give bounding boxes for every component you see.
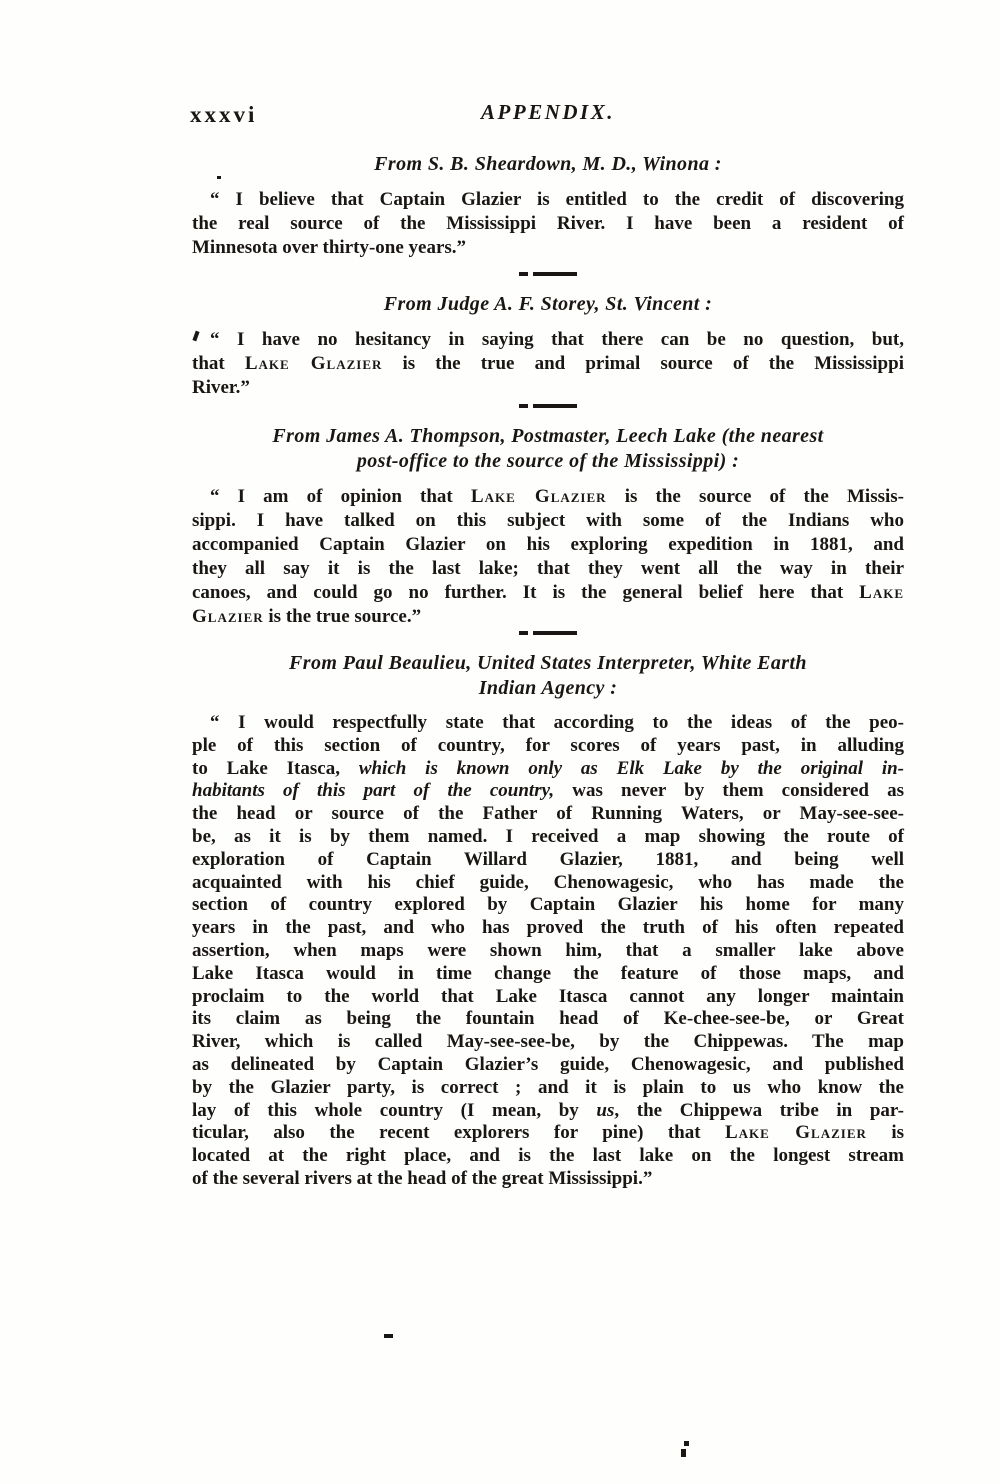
running-head-title: APPENDIX. bbox=[192, 100, 904, 125]
text-line: canoes, and could go no further. It is t… bbox=[192, 581, 904, 605]
sections: From S. B. Sheardown, M. D., Winona :“ I… bbox=[192, 152, 904, 1191]
section-heading: From S. B. Sheardown, M. D., Winona : bbox=[192, 152, 904, 177]
page-content: xxxvi APPENDIX. From S. B. Sheardown, M.… bbox=[192, 0, 904, 1191]
paragraph: “ I would respectfully state that accord… bbox=[192, 712, 904, 1191]
text-run: lay of this whole country (I mean, by bbox=[192, 1100, 596, 1121]
section-thompson: From James A. Thompson, Postmaster, Leec… bbox=[192, 424, 904, 635]
divider-dash bbox=[519, 272, 528, 276]
text-run: its claim as being the fountain head of … bbox=[192, 1008, 904, 1029]
text-line: exploration of Captain Willard Glazier, … bbox=[192, 849, 904, 872]
text-line: “ I have no hesitancy in saying that the… bbox=[192, 328, 904, 352]
text-run: Minnesota over thirty-one years.” bbox=[192, 237, 466, 258]
text-run: was never by them considered as bbox=[554, 780, 904, 801]
text-line: located at the right place, and is the l… bbox=[192, 1145, 904, 1168]
text-line: be, as it is by them named. I received a… bbox=[192, 826, 904, 849]
heading-line: Indian Agency : bbox=[192, 676, 904, 701]
text-line: proclaim to the world that Lake Itasca c… bbox=[192, 986, 904, 1009]
text-run: sippi. I have talked on this subject wit… bbox=[192, 510, 904, 531]
text-run: is the source of the Missis- bbox=[607, 486, 904, 507]
text-run: to Lake Itasca, bbox=[192, 758, 359, 779]
folio-page-number: xxxvi bbox=[190, 102, 257, 128]
text-run: they all say it is the last lake; that t… bbox=[192, 558, 904, 579]
text-line: “ I would respectfully state that accord… bbox=[192, 712, 904, 735]
section-heading: From Judge A. F. Storey, St. Vincent : bbox=[192, 292, 904, 317]
section-divider bbox=[192, 631, 904, 635]
italic-text: us bbox=[596, 1100, 614, 1121]
text-line: acquainted with his chief guide, Chenowa… bbox=[192, 872, 904, 895]
smallcaps-text: Lake bbox=[859, 582, 904, 603]
text-line: accompanied Captain Glazier on his explo… bbox=[192, 533, 904, 557]
text-run: that bbox=[192, 353, 245, 374]
text-run: the head or source of the Father of Runn… bbox=[192, 803, 904, 824]
ink-speck bbox=[384, 1334, 393, 1338]
heading-line: From Paul Beaulieu, United States Interp… bbox=[192, 651, 904, 676]
text-run: as delineated by Captain Glazier’s guide… bbox=[192, 1054, 904, 1075]
smallcaps-text: Lake Glazier bbox=[725, 1122, 867, 1143]
text-line: River, which is called May-see-see-be, b… bbox=[192, 1031, 904, 1054]
text-line: years in the past, and who has proved th… bbox=[192, 917, 904, 940]
section-heading: From Paul Beaulieu, United States Interp… bbox=[192, 651, 904, 701]
heading-line: post-office to the source of the Mississ… bbox=[192, 449, 904, 474]
text-run: River.” bbox=[192, 377, 250, 398]
text-run: ticular, also the recent explorers for p… bbox=[192, 1122, 725, 1143]
text-line: by the Glazier party, is correct ; and i… bbox=[192, 1077, 904, 1100]
heading-line: From James A. Thompson, Postmaster, Leec… bbox=[192, 424, 904, 449]
ink-speck bbox=[217, 176, 221, 179]
text-run: exploration of Captain Willard Glazier, … bbox=[192, 849, 904, 870]
text-run: assertion, when maps were shown him, tha… bbox=[192, 940, 904, 961]
text-line: Lake Itasca would in time change the fea… bbox=[192, 963, 904, 986]
text-run: section of country explored by Captain G… bbox=[192, 894, 904, 915]
text-line: assertion, when maps were shown him, tha… bbox=[192, 940, 904, 963]
book-page: xxxvi APPENDIX. From S. B. Sheardown, M.… bbox=[0, 0, 1000, 1484]
text-run: canoes, and could go no further. It is t… bbox=[192, 582, 859, 603]
text-run: “ I am of opinion that bbox=[210, 486, 471, 507]
text-line: section of country explored by Captain G… bbox=[192, 894, 904, 917]
divider-rule bbox=[533, 404, 577, 408]
text-run: “ I have no hesitancy in saying that the… bbox=[210, 329, 904, 350]
text-line: the real source of the Mississippi River… bbox=[192, 212, 904, 236]
text-run: is the true source.” bbox=[264, 606, 421, 627]
text-line: River.” bbox=[192, 376, 904, 400]
text-line: as delineated by Captain Glazier’s guide… bbox=[192, 1054, 904, 1077]
section-heading: From James A. Thompson, Postmaster, Leec… bbox=[192, 424, 904, 474]
text-run: is the true and primal source of the Mis… bbox=[382, 353, 904, 374]
text-line: Minnesota over thirty-one years.” bbox=[192, 236, 904, 260]
ink-speck bbox=[681, 1449, 686, 1457]
text-run: ple of this section of country, for scor… bbox=[192, 735, 904, 756]
divider-dash bbox=[519, 631, 528, 635]
section-storey: From Judge A. F. Storey, St. Vincent :“ … bbox=[192, 292, 904, 408]
text-line: they all say it is the last lake; that t… bbox=[192, 557, 904, 581]
text-line: to Lake Itasca, which is known only as E… bbox=[192, 758, 904, 781]
italic-text: habitants of this part of the country, bbox=[192, 780, 554, 801]
text-run: located at the right place, and is the l… bbox=[192, 1145, 904, 1166]
text-line: the head or source of the Father of Runn… bbox=[192, 803, 904, 826]
text-run: be, as it is by them named. I received a… bbox=[192, 826, 904, 847]
text-line: ticular, also the recent explorers for p… bbox=[192, 1122, 904, 1145]
text-run: accompanied Captain Glazier on his explo… bbox=[192, 534, 904, 555]
divider-dash bbox=[519, 404, 528, 408]
text-run: is bbox=[867, 1122, 904, 1143]
smallcaps-text: Glazier bbox=[192, 606, 264, 627]
text-run: “ I would respectfully state that accord… bbox=[210, 712, 904, 733]
text-line: Glazier is the true source.” bbox=[192, 605, 904, 629]
text-line: ple of this section of country, for scor… bbox=[192, 735, 904, 758]
text-run: acquainted with his chief guide, Chenowa… bbox=[192, 872, 904, 893]
text-run: the real source of the Mississippi River… bbox=[192, 213, 904, 234]
divider-rule bbox=[533, 631, 577, 635]
paragraph: “ I have no hesitancy in saying that the… bbox=[192, 328, 904, 400]
text-run: River, which is called May-see-see-be, b… bbox=[192, 1031, 904, 1052]
ink-speck bbox=[684, 1441, 689, 1446]
heading-line: From Judge A. F. Storey, St. Vincent : bbox=[192, 292, 904, 317]
text-line: “ I believe that Captain Glazier is enti… bbox=[192, 188, 904, 212]
section-divider bbox=[192, 272, 904, 276]
paragraph: “ I am of opinion that Lake Glazier is t… bbox=[192, 485, 904, 629]
heading-line: From S. B. Sheardown, M. D., Winona : bbox=[192, 152, 904, 177]
text-run: of the several rivers at the head of the… bbox=[192, 1168, 652, 1189]
section-sheardown: From S. B. Sheardown, M. D., Winona :“ I… bbox=[192, 152, 904, 276]
text-line: its claim as being the fountain head of … bbox=[192, 1008, 904, 1031]
text-line: “ I am of opinion that Lake Glazier is t… bbox=[192, 485, 904, 509]
paragraph: “ I believe that Captain Glazier is enti… bbox=[192, 188, 904, 260]
smallcaps-text: Lake Glazier bbox=[471, 486, 607, 507]
section-divider bbox=[192, 404, 904, 408]
text-line: lay of this whole country (I mean, by us… bbox=[192, 1100, 904, 1123]
text-run: proclaim to the world that Lake Itasca c… bbox=[192, 986, 904, 1007]
text-line: sippi. I have talked on this subject wit… bbox=[192, 509, 904, 533]
page-header: xxxvi APPENDIX. bbox=[192, 100, 904, 130]
text-run: by the Glazier party, is correct ; and i… bbox=[192, 1077, 904, 1098]
text-run: “ I believe that Captain Glazier is enti… bbox=[210, 189, 904, 210]
text-line: of the several rivers at the head of the… bbox=[192, 1168, 904, 1191]
divider-rule bbox=[533, 272, 577, 276]
text-run: , the Chippewa tribe in par- bbox=[614, 1100, 904, 1121]
text-run: Lake Itasca would in time change the fea… bbox=[192, 963, 904, 984]
text-line: that Lake Glazier is the true and primal… bbox=[192, 352, 904, 376]
smallcaps-text: Lake Glazier bbox=[245, 353, 383, 374]
section-beaulieu: From Paul Beaulieu, United States Interp… bbox=[192, 651, 904, 1191]
text-run: years in the past, and who has proved th… bbox=[192, 917, 904, 938]
text-line: habitants of this part of the country, w… bbox=[192, 780, 904, 803]
italic-text: which is known only as Elk Lake by the o… bbox=[359, 758, 904, 779]
